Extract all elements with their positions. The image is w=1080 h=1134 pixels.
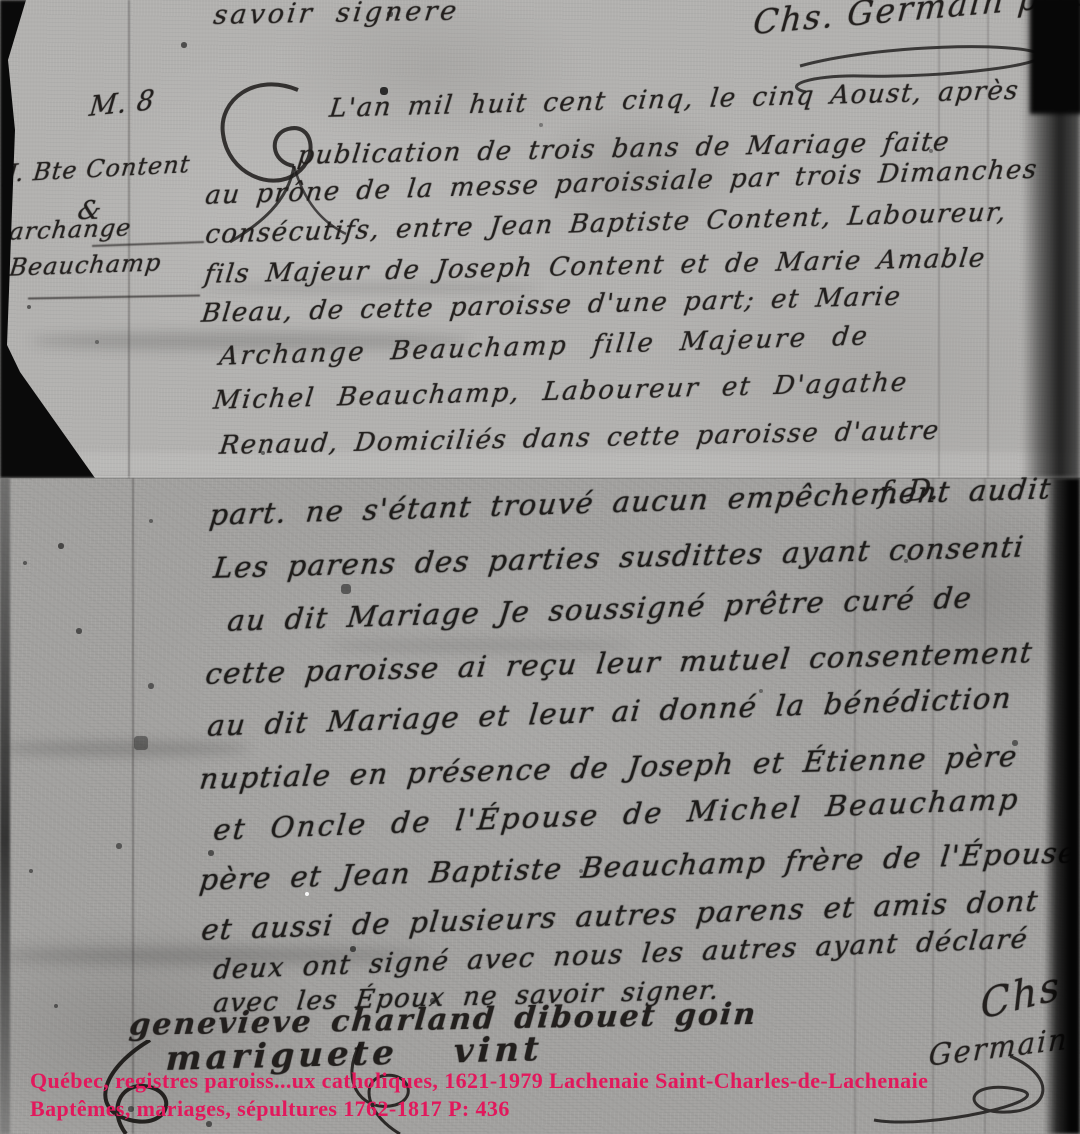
ink-smear [0,742,250,755]
header-script: savoir signere [212,0,461,29]
scan-seam [0,476,1080,479]
register-scan: savoir signere Chs. Germain ptre M. 8 J.… [0,0,1080,1134]
scan-edge-right-top-corner [1030,0,1080,114]
archive-caption-line-1: Québec, registres paroiss...ux catholiqu… [30,1068,928,1094]
margin-bride-last-name: Beauchamp [8,251,163,280]
margin-bride-first-name: archange [8,216,133,244]
scan-edge-left-bottom [0,478,10,1134]
margin-record-code: M. 8 [88,87,157,121]
archive-caption-line-2: Baptêmes, mariages, sépultures 1762-1817… [30,1096,510,1122]
scan-edge-right-bottom [1044,478,1080,1134]
